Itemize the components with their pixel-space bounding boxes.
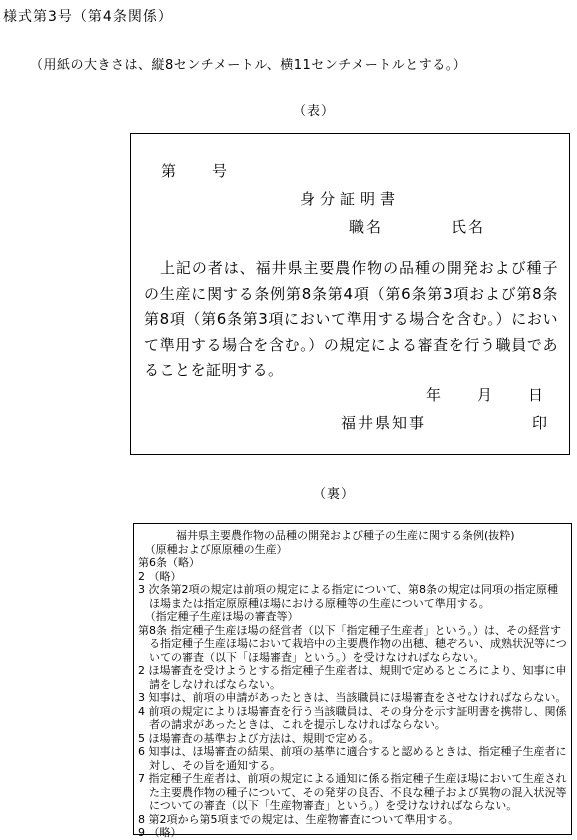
provision-heading: （指定種子生産ほ場の審査等） — [138, 610, 567, 624]
back-side-label: （裏） — [313, 483, 355, 502]
job-title-and-name-line: 職名 氏名 — [349, 216, 485, 237]
issuer-name: 福井県知事 — [341, 412, 426, 433]
form-number-line: 様式第3号（第4条関係） — [3, 6, 173, 26]
provision-item: 7 指定種子生産者は、前項の規定による通知に係る指定種子生産ほ場において生産され… — [138, 772, 567, 813]
front-side-label: （表） — [293, 100, 335, 119]
provision-item: 2 （略） — [138, 570, 567, 584]
provision-item: 3 次条第2項の規定は前項の規定による指定について、第8条の規定は同項の指定原種… — [138, 583, 567, 610]
provision-item: 3 知事は、前項の申請があったときは、当該職員にほ場審査をさせなければならない。 — [138, 691, 567, 705]
ordinance-items: （原種および原原種の生産）第6条（略）2 （略）3 次条第2項の規定は前項の規定… — [138, 543, 567, 840]
seal-mark: 印 — [532, 412, 549, 433]
certificate-title: 身分証明書 — [131, 188, 569, 209]
front-card: 第 号 身分証明書 職名 氏名 上記の者は、福井県主要農作物の品種の開発および種… — [130, 133, 570, 455]
provision-heading: （原種および原原種の生産） — [138, 543, 567, 557]
provision-item: 9 （略） — [138, 826, 567, 840]
provision-item: 8 第2項から第5項までの規定は、生産物審査について準用する。 — [138, 813, 567, 827]
paper-size-note: （用紙の大きさは、縦8センチメートル、横11センチメートルとする。） — [30, 54, 466, 73]
date-line: 年 月 日 — [426, 384, 545, 405]
provision-item: 4 前項の規定によりほ場審査を行う当該職員は、その身分を示す証明書を携帯し、関係… — [138, 705, 567, 732]
provision-item: 第8条 指定種子生産ほ場の経営者（以下「指定種子生産者」という。）は、その経営す… — [138, 624, 567, 665]
provision-item: 6 知事は、ほ場審査の結果、前項の基準に適合すると認めるときは、指定種子生産者に… — [138, 745, 567, 772]
provision-item: 2 ほ場審査を受けようとする指定種子生産者は、規則で定めるところにより、知事に申… — [138, 664, 567, 691]
issuer-line: 福井県知事 印 — [131, 412, 569, 433]
ordinance-title: 福井県主要農作物の品種の開発および種子の生産に関する条例(抜粋) — [138, 529, 567, 543]
certificate-body-text: 上記の者は、福井県主要農作物の品種の開発および種子の生産に関する条例第8条第4項… — [144, 256, 558, 384]
back-card: 福井県主要農作物の品種の開発および種子の生産に関する条例(抜粋) （原種および原… — [133, 523, 572, 835]
provision-item: 第6条（略） — [138, 556, 567, 570]
certificate-number: 第 号 — [161, 160, 229, 181]
provision-item: 5 ほ場審査の基準および方法は、規則で定める。 — [138, 732, 567, 746]
